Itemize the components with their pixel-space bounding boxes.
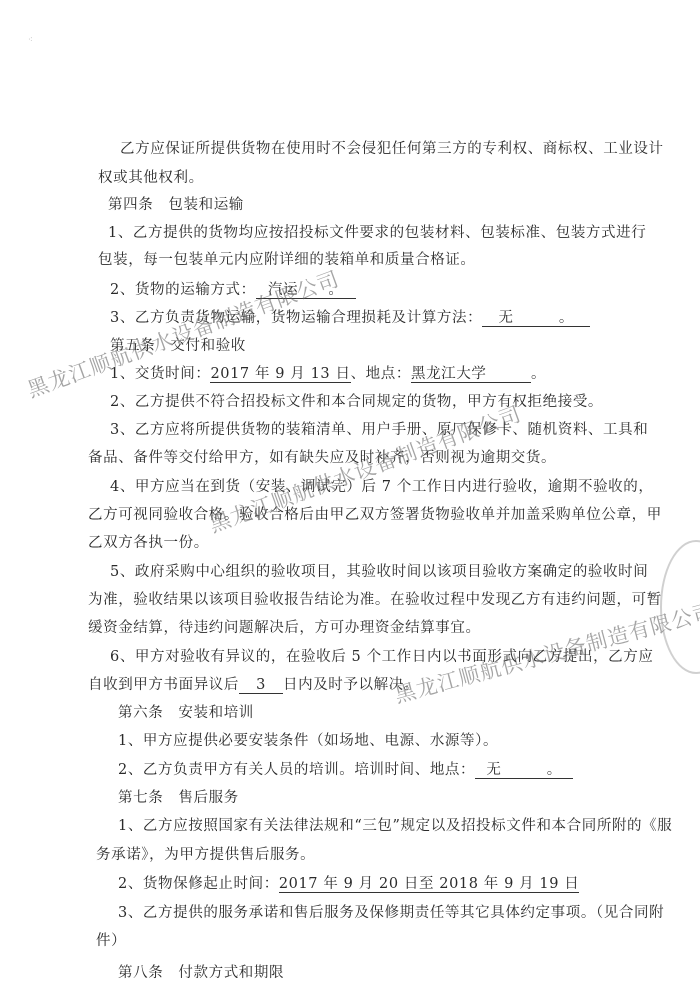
paragraph-line: 备品、备件等交付给甲方，如有缺失应及时补齐，否则视为逾期交货。 <box>88 448 556 468</box>
paragraph-line: 乙双方各执一份。 <box>88 533 209 553</box>
scan-artifact: ⁖ <box>28 35 36 43</box>
paragraph-line: 务承诺》，为甲方提供售后服务。 <box>96 845 315 865</box>
label: 2、乙方负责甲方有关人员的培训。培训时间、地点： <box>118 762 475 778</box>
label: 2、货物保修起止时间： <box>118 876 279 892</box>
label: 2、货物的运输方式： <box>110 282 256 298</box>
partial-seal-stamp <box>660 540 700 674</box>
paragraph-line: 2、乙方提供不符合招投标文件和本合同规定的货物，甲方有权拒绝接受。 <box>110 392 603 412</box>
warranty-period-value: 2017 年 9 月 20 日至 2018 年 9 月 19 日 <box>279 876 580 893</box>
paragraph-line: 1、乙方提供的货物均应按招投标文件要求的包装材料、包装标准、包装方式进行 <box>108 223 646 243</box>
objection-line: 自收到甲方书面异议后3日内及时予以解决。 <box>88 675 419 695</box>
delivery-line: 1、交货时间：2017 年 9 月 13 日、地点：黑龙江大学。 <box>110 364 546 384</box>
paragraph-line: 1、乙方应按照国家有关法律法规和“三包”规定以及招投标文件和本合同所附的《服 <box>118 816 672 836</box>
paragraph-line: 5、政府采购中心组织的验收项目，其验收时间以该项目验收方案确定的验收时间 <box>110 562 648 582</box>
paragraph-line: 为准，验收结果以该项目验收报告结论为准。在验收过程中发现乙方有违约问题，可暂 <box>88 590 662 610</box>
objection-days-value: 3 <box>239 677 283 694</box>
paragraph-line: 权或其他权利。 <box>98 168 204 188</box>
warranty-line: 2、货物保修起止时间：2017 年 9 月 20 日至 2018 年 9 月 1… <box>118 874 579 894</box>
paragraph-line: 件） <box>96 931 126 951</box>
paragraph-line: 缓资金结算，待违约问题解决后，方可办理资金结算事宜。 <box>88 618 481 638</box>
paragraph-line: 1、甲方应提供必要安装条件（如场地、电源、水源等）。 <box>118 731 498 751</box>
delivery-date-value: 2017 年 9 月 13 日 <box>210 366 350 383</box>
label: 、地点： <box>351 366 411 382</box>
paragraph-line: 包装，每一包装单元内应附详细的装箱单和质量合格证。 <box>98 250 476 270</box>
paragraph-line: 4、甲方应当在到货（安装、调试完）后 7 个工作日内进行验收，逾期不验收的， <box>110 477 653 497</box>
training-line: 2、乙方负责甲方有关人员的培训。培训时间、地点：无 。 <box>118 760 573 780</box>
section-heading-7: 第七条 售后服务 <box>118 788 239 808</box>
section-heading-4: 第四条 包装和运输 <box>108 195 244 215</box>
label: 自收到甲方书面异议后 <box>88 677 239 693</box>
paragraph-line: 3、乙方应将所提供货物的装箱清单、用户手册、原厂保修卡、随机资料、工具和 <box>110 420 648 440</box>
delivery-place-value: 黑龙江大学 <box>411 366 531 383</box>
paragraph-line: 乙方可视同验收合格。验收合格后由甲乙双方签署货物验收单并加盖采购单位公章，甲 <box>88 505 662 525</box>
punctuation: 。 <box>531 366 546 382</box>
paragraph-line: 乙方应保证所提供货物在使用时不会侵犯任何第三方的专利权、商标权、工业设计 <box>120 139 664 159</box>
paragraph-line: 3、乙方提供的服务承诺和售后服务及保修期责任等其它具体约定事项。（见合同附 <box>118 903 664 923</box>
section-heading-8: 第八条 付款方式和期限 <box>118 963 284 983</box>
transport-loss-value: 无 。 <box>482 310 590 327</box>
section-heading-6: 第六条 安装和培训 <box>118 703 254 723</box>
training-value: 无 。 <box>475 762 573 779</box>
